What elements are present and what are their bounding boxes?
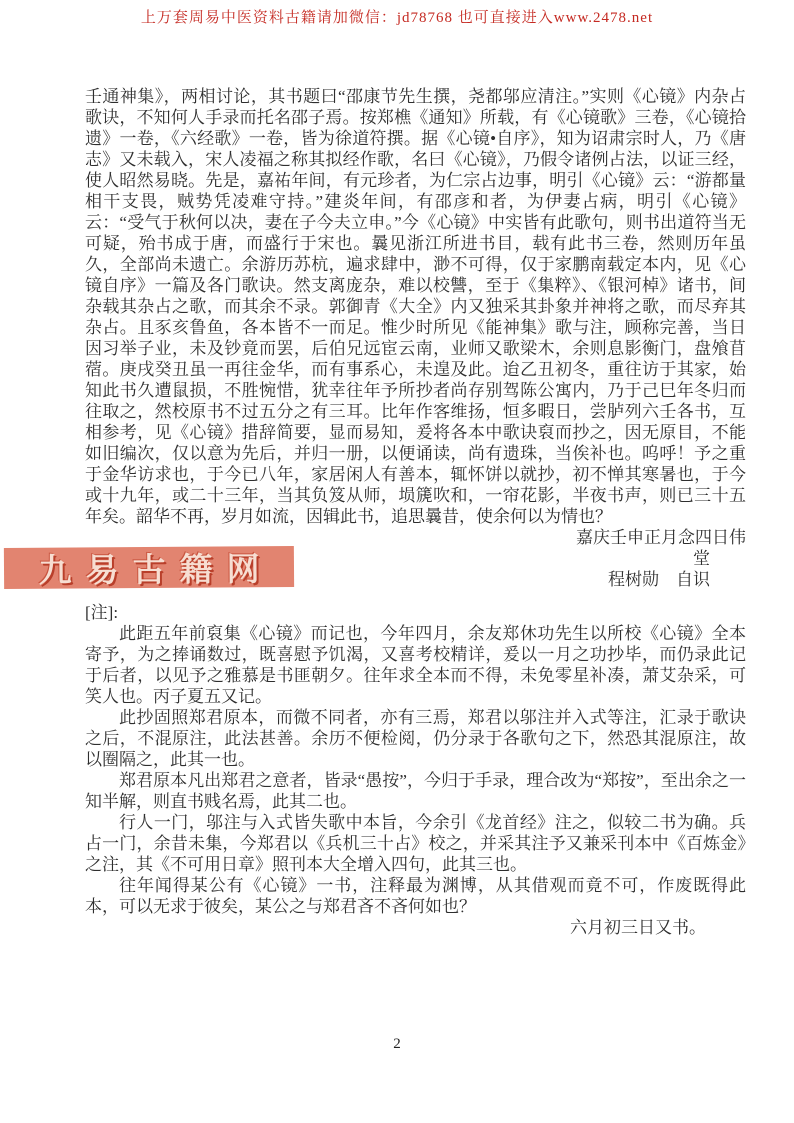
preface-content: 壬通神集》，两相讨论，其书题曰“邵康节先生撰，尧都邬应清注。”实则《心镜》内杂占… — [85, 86, 746, 938]
note-signature-date: 六月初三日又书。 — [85, 917, 746, 938]
note-paragraph: 此抄固照郑君原本，而微不同者，亦有三焉，郑君以邬注并入式等注，汇录于歌诀之后，不… — [85, 707, 746, 770]
note-paragraph: 行人一门，邬注与入式皆失歌中本旨，今余引《龙首经》注之，似较二书为确。兵占一门，… — [85, 812, 746, 875]
watermark-banner: 九易古籍网 — [4, 546, 294, 589]
note-section-label: [注]: — [85, 602, 746, 623]
preface-paragraph: 壬通神集》，两相讨论，其书题曰“邵康节先生撰，尧都邬应清注。”实则《心镜》内杂占… — [85, 86, 746, 527]
header-ad-text: 上万套周易中医资料古籍请加微信：jd78768 也可直接进入www.2478.n… — [0, 6, 794, 27]
document-page: 上万套周易中医资料古籍请加微信：jd78768 也可直接进入www.2478.n… — [0, 0, 794, 1123]
page-number: 2 — [0, 1036, 794, 1053]
note-paragraph: 往年闻得某公有《心镜》一书，注释最为渊博，从其借观而竟不可，作废既得此本，可以无… — [85, 875, 746, 917]
note-paragraph: 此距五年前裒集《心镜》而记也，今年四月，余友郑休功先生以所校《心镜》全本寄予，为… — [85, 623, 746, 707]
note-paragraph: 郑君原本凡出郑君之意者，皆录“愚按”，今归于手录，理合改为“郑按”，至出余之一知… — [85, 770, 746, 812]
